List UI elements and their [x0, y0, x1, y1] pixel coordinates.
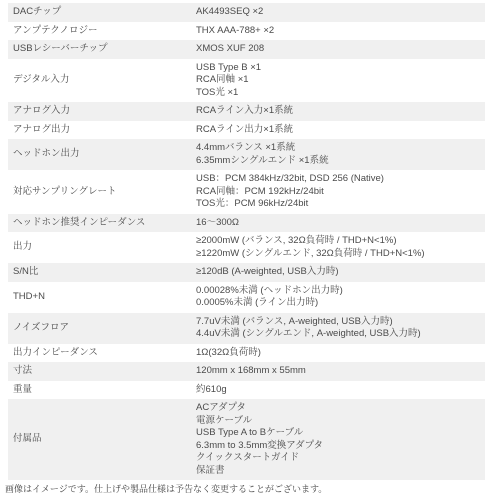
spec-label: USBレシーバーチップ — [8, 43, 196, 56]
spec-value-group: 4.4mmバランス ×1系統6.35mmシングルエンド ×1系統 — [196, 142, 485, 167]
spec-label: デジタル入力 — [8, 74, 196, 87]
table-row: 付属品ACアダプタ電源ケーブルUSB Type A to Bケーブル6.3mm … — [8, 399, 485, 480]
spec-value: USB Type A to Bケーブル — [196, 427, 485, 440]
spec-label: アナログ出力 — [8, 124, 196, 137]
spec-value: 0.0005%未満 (ライン出力時) — [196, 297, 485, 310]
spec-value: RCA同軸：PCM 192kHz/24bit — [196, 186, 485, 199]
spec-value-group: RCAライン出力×1系統 — [196, 124, 485, 137]
table-row: 寸法120mm x 168mm x 55mm — [8, 362, 485, 381]
spec-value-group: USB：PCM 384kHz/32bit, DSD 256 (Native)RC… — [196, 173, 485, 211]
spec-label: 付属品 — [8, 433, 196, 446]
spec-value: 6.35mmシングルエンド ×1系統 — [196, 155, 485, 168]
spec-label: アナログ入力 — [8, 105, 196, 118]
spec-value: ≥120dB (A-weighted, USB入力時) — [196, 266, 485, 279]
spec-value-group: RCAライン入力×1系統 — [196, 105, 485, 118]
spec-value: 6.3mm to 3.5mm変換アダプタ — [196, 440, 485, 453]
spec-value-group: XMOS XUF 208 — [196, 43, 485, 56]
spec-value-group: ACアダプタ電源ケーブルUSB Type A to Bケーブル6.3mm to … — [196, 402, 485, 477]
spec-value-group: 120mm x 168mm x 55mm — [196, 365, 485, 378]
spec-label: 重量 — [8, 384, 196, 397]
spec-label: 出力 — [8, 241, 196, 254]
table-row: アナログ入力RCAライン入力×1系統 — [8, 102, 485, 121]
spec-value: 電源ケーブル — [196, 415, 485, 428]
spec-value: 7.7uV未満 (バランス, A-weighted, USB入力時) — [196, 316, 485, 329]
spec-value-group: 約610g — [196, 384, 485, 397]
spec-value: RCAライン入力×1系統 — [196, 105, 485, 118]
table-row: アンプテクノロジーTHX AAA-788+ ×2 — [8, 22, 485, 41]
spec-value: 4.4uV未満 (シングルエンド, A-weighted, USB入力時) — [196, 328, 485, 341]
spec-label: ノイズフロア — [8, 322, 196, 335]
spec-label: アンプテクノロジー — [8, 25, 196, 38]
spec-value: USB：PCM 384kHz/32bit, DSD 256 (Native) — [196, 173, 485, 186]
spec-value: ≥2000mW (バランス, 32Ω負荷時 / THD+N<1%) — [196, 235, 485, 248]
spec-value: 約610g — [196, 384, 485, 397]
table-row: ヘッドホン推奨インピーダンス16～300Ω — [8, 214, 485, 233]
spec-value: TOS光：PCM 96kHz/24bit — [196, 198, 485, 211]
table-row: デジタル入力USB Type B ×1RCA同軸 ×1TOS光 ×1 — [8, 59, 485, 103]
spec-value: ACアダプタ — [196, 402, 485, 415]
spec-table: DACチップAK4493SEQ ×2アンプテクノロジーTHX AAA-788+ … — [8, 3, 485, 480]
spec-value: ≥1220mW (シングルエンド, 32Ω負荷時 / THD+N<1%) — [196, 248, 485, 261]
spec-value: 1Ω(32Ω負荷時) — [196, 347, 485, 360]
spec-label: DACチップ — [8, 6, 196, 19]
spec-label: ヘッドホン推奨インピーダンス — [8, 217, 196, 230]
spec-value: 保証書 — [196, 465, 485, 478]
spec-value-group: 16～300Ω — [196, 217, 485, 230]
spec-value-group: 1Ω(32Ω負荷時) — [196, 347, 485, 360]
table-row: 対応サンプリングレートUSB：PCM 384kHz/32bit, DSD 256… — [8, 170, 485, 214]
spec-label: 寸法 — [8, 365, 196, 378]
spec-value: 16～300Ω — [196, 217, 485, 230]
spec-value: RCAライン出力×1系統 — [196, 124, 485, 137]
spec-label: S/N比 — [8, 266, 196, 279]
table-row: S/N比≥120dB (A-weighted, USB入力時) — [8, 263, 485, 282]
spec-value: 4.4mmバランス ×1系統 — [196, 142, 485, 155]
spec-value: AK4493SEQ ×2 — [196, 6, 485, 19]
spec-label: 対応サンプリングレート — [8, 186, 196, 199]
table-row: ノイズフロア7.7uV未満 (バランス, A-weighted, USB入力時)… — [8, 313, 485, 344]
spec-value-group: 0.00028%未満 (ヘッドホン出力時)0.0005%未満 (ライン出力時) — [196, 285, 485, 310]
spec-value: 120mm x 168mm x 55mm — [196, 365, 485, 378]
table-row: ヘッドホン出力4.4mmバランス ×1系統6.35mmシングルエンド ×1系統 — [8, 139, 485, 170]
spec-value-group: ≥120dB (A-weighted, USB入力時) — [196, 266, 485, 279]
table-row: 出力インピーダンス1Ω(32Ω負荷時) — [8, 344, 485, 363]
spec-value: USB Type B ×1 — [196, 62, 485, 75]
spec-value-group: 7.7uV未満 (バランス, A-weighted, USB入力時)4.4uV未… — [196, 316, 485, 341]
spec-value: TOS光 ×1 — [196, 87, 485, 100]
image-disclaimer-note: 画像はイメージです。仕上げや製品仕様は予告なく変更することがございます。 — [5, 484, 327, 495]
spec-value: THX AAA-788+ ×2 — [196, 25, 485, 38]
spec-label: ヘッドホン出力 — [8, 148, 196, 161]
spec-label: 出力インピーダンス — [8, 347, 196, 360]
spec-label: THD+N — [8, 291, 196, 304]
spec-value-group: ≥2000mW (バランス, 32Ω負荷時 / THD+N<1%)≥1220mW… — [196, 235, 485, 260]
spec-value: クイックスタートガイド — [196, 452, 485, 465]
table-row: USBレシーバーチップXMOS XUF 208 — [8, 40, 485, 59]
table-row: アナログ出力RCAライン出力×1系統 — [8, 121, 485, 140]
table-row: THD+N0.00028%未満 (ヘッドホン出力時)0.0005%未満 (ライン… — [8, 282, 485, 313]
spec-value-group: USB Type B ×1RCA同軸 ×1TOS光 ×1 — [196, 62, 485, 100]
table-row: 出力≥2000mW (バランス, 32Ω負荷時 / THD+N<1%)≥1220… — [8, 232, 485, 263]
table-row: DACチップAK4493SEQ ×2 — [8, 3, 485, 22]
table-row: 重量約610g — [8, 381, 485, 400]
spec-value: RCA同軸 ×1 — [196, 74, 485, 87]
spec-value-group: AK4493SEQ ×2 — [196, 6, 485, 19]
spec-value: 0.00028%未満 (ヘッドホン出力時) — [196, 285, 485, 298]
spec-value-group: THX AAA-788+ ×2 — [196, 25, 485, 38]
spec-value: XMOS XUF 208 — [196, 43, 485, 56]
